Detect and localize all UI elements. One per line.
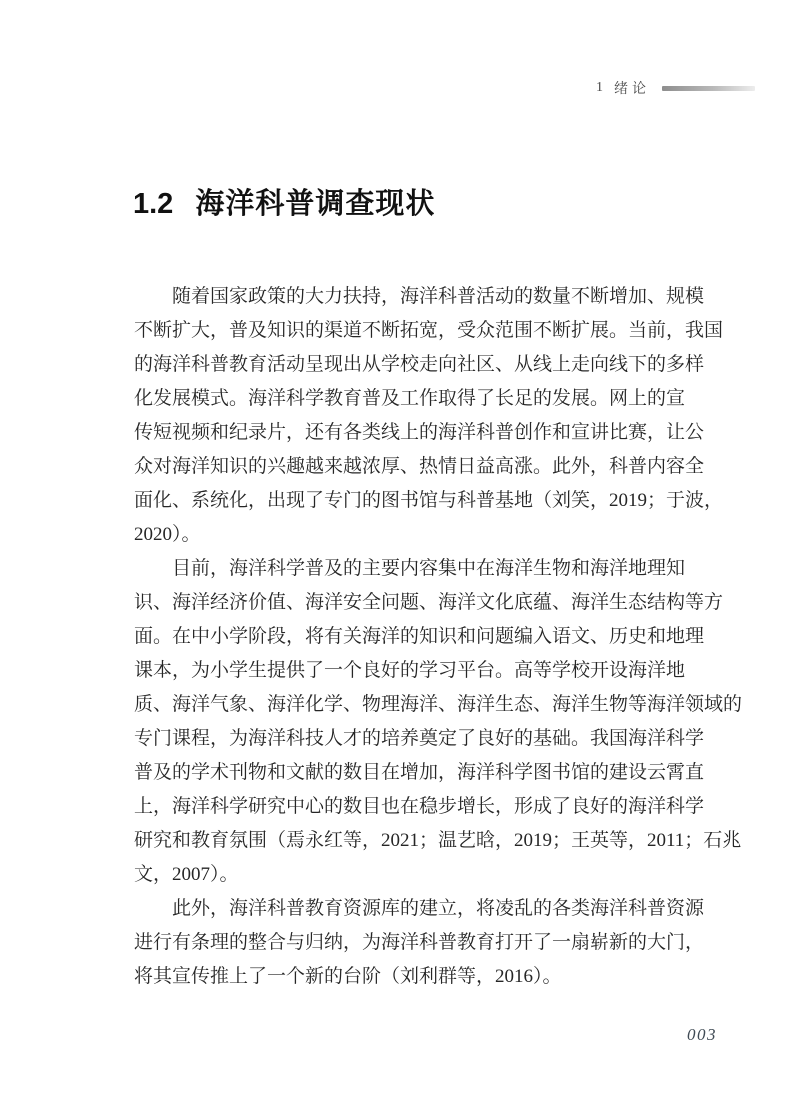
text-line: 上，海洋科学研究中心的数目也在稳步增长，形成了良好的海洋科学 xyxy=(134,790,665,824)
page-number: 003 xyxy=(687,1025,717,1045)
text-line: 进行有条理的整合与归纳，为海洋科普教育打开了一扇崭新的大门， xyxy=(134,926,665,960)
text-line: 目前，海洋科学普及的主要内容集中在海洋生物和海洋地理知 xyxy=(134,552,665,586)
text-line: 化发展模式。海洋科学教育普及工作取得了长足的发展。网上的宣 xyxy=(134,382,665,416)
text-line: 课本，为小学生提供了一个良好的学习平台。高等学校开设海洋地 xyxy=(134,654,665,688)
header-chapter-number: 1 xyxy=(596,80,604,96)
book-page: 1 绪论 1.2海洋科普调查现状 随着国家政策的大力扶持，海洋科普活动的数量不断… xyxy=(0,0,799,1118)
text-line: 不断扩大，普及知识的渠道不断拓宽，受众范围不断扩展。当前，我国 xyxy=(134,314,665,348)
text-line: 将其宣传推上了一个新的台阶（刘利群等，2016）。 xyxy=(134,960,665,994)
running-header: 1 绪论 xyxy=(0,78,755,98)
text-line: 面。在中小学阶段，将有关海洋的知识和问题编入语文、历史和地理 xyxy=(134,620,665,654)
text-line: 的海洋科普教育活动呈现出从学校走向社区、从线上走向线下的多样 xyxy=(134,348,665,382)
text-line: 质、海洋气象、海洋化学、物理海洋、海洋生态、海洋生物等海洋领域的 xyxy=(134,688,665,722)
text-line: 传短视频和纪录片，还有各类线上的海洋科普创作和宣讲比赛，让公 xyxy=(134,416,665,450)
text-line: 普及的学术刊物和文献的数目在增加，海洋科学图书馆的建设云霄直 xyxy=(134,756,665,790)
text-line: 此外，海洋科普教育资源库的建立，将凌乱的各类海洋科普资源 xyxy=(134,892,665,926)
header-accent-bar xyxy=(662,86,755,91)
section-number: 1.2 xyxy=(133,188,173,220)
header-chapter-title: 绪论 xyxy=(614,78,650,98)
text-line: 2020）。 xyxy=(134,518,665,552)
text-line: 文，2007）。 xyxy=(134,858,665,892)
body-text: 随着国家政策的大力扶持，海洋科普活动的数量不断增加、规模 不断扩大，普及知识的渠… xyxy=(134,280,665,994)
text-line: 面化、系统化，出现了专门的图书馆与科普基地（刘笑，2019；于波， xyxy=(134,484,665,518)
text-line: 专门课程，为海洋科技人才的培养奠定了良好的基础。我国海洋科学 xyxy=(134,722,665,756)
section-title: 1.2海洋科普调查现状 xyxy=(133,186,435,222)
text-line: 随着国家政策的大力扶持，海洋科普活动的数量不断增加、规模 xyxy=(134,280,665,314)
text-line: 识、海洋经济价值、海洋安全问题、海洋文化底蕴、海洋生态结构等方 xyxy=(134,586,665,620)
text-line: 众对海洋知识的兴趣越来越浓厚、热情日益高涨。此外，科普内容全 xyxy=(134,450,665,484)
section-title-text: 海洋科普调查现状 xyxy=(195,188,435,220)
text-line: 研究和教育氛围（焉永红等，2021；温艺晗，2019；王英等，2011；石兆 xyxy=(134,824,665,858)
